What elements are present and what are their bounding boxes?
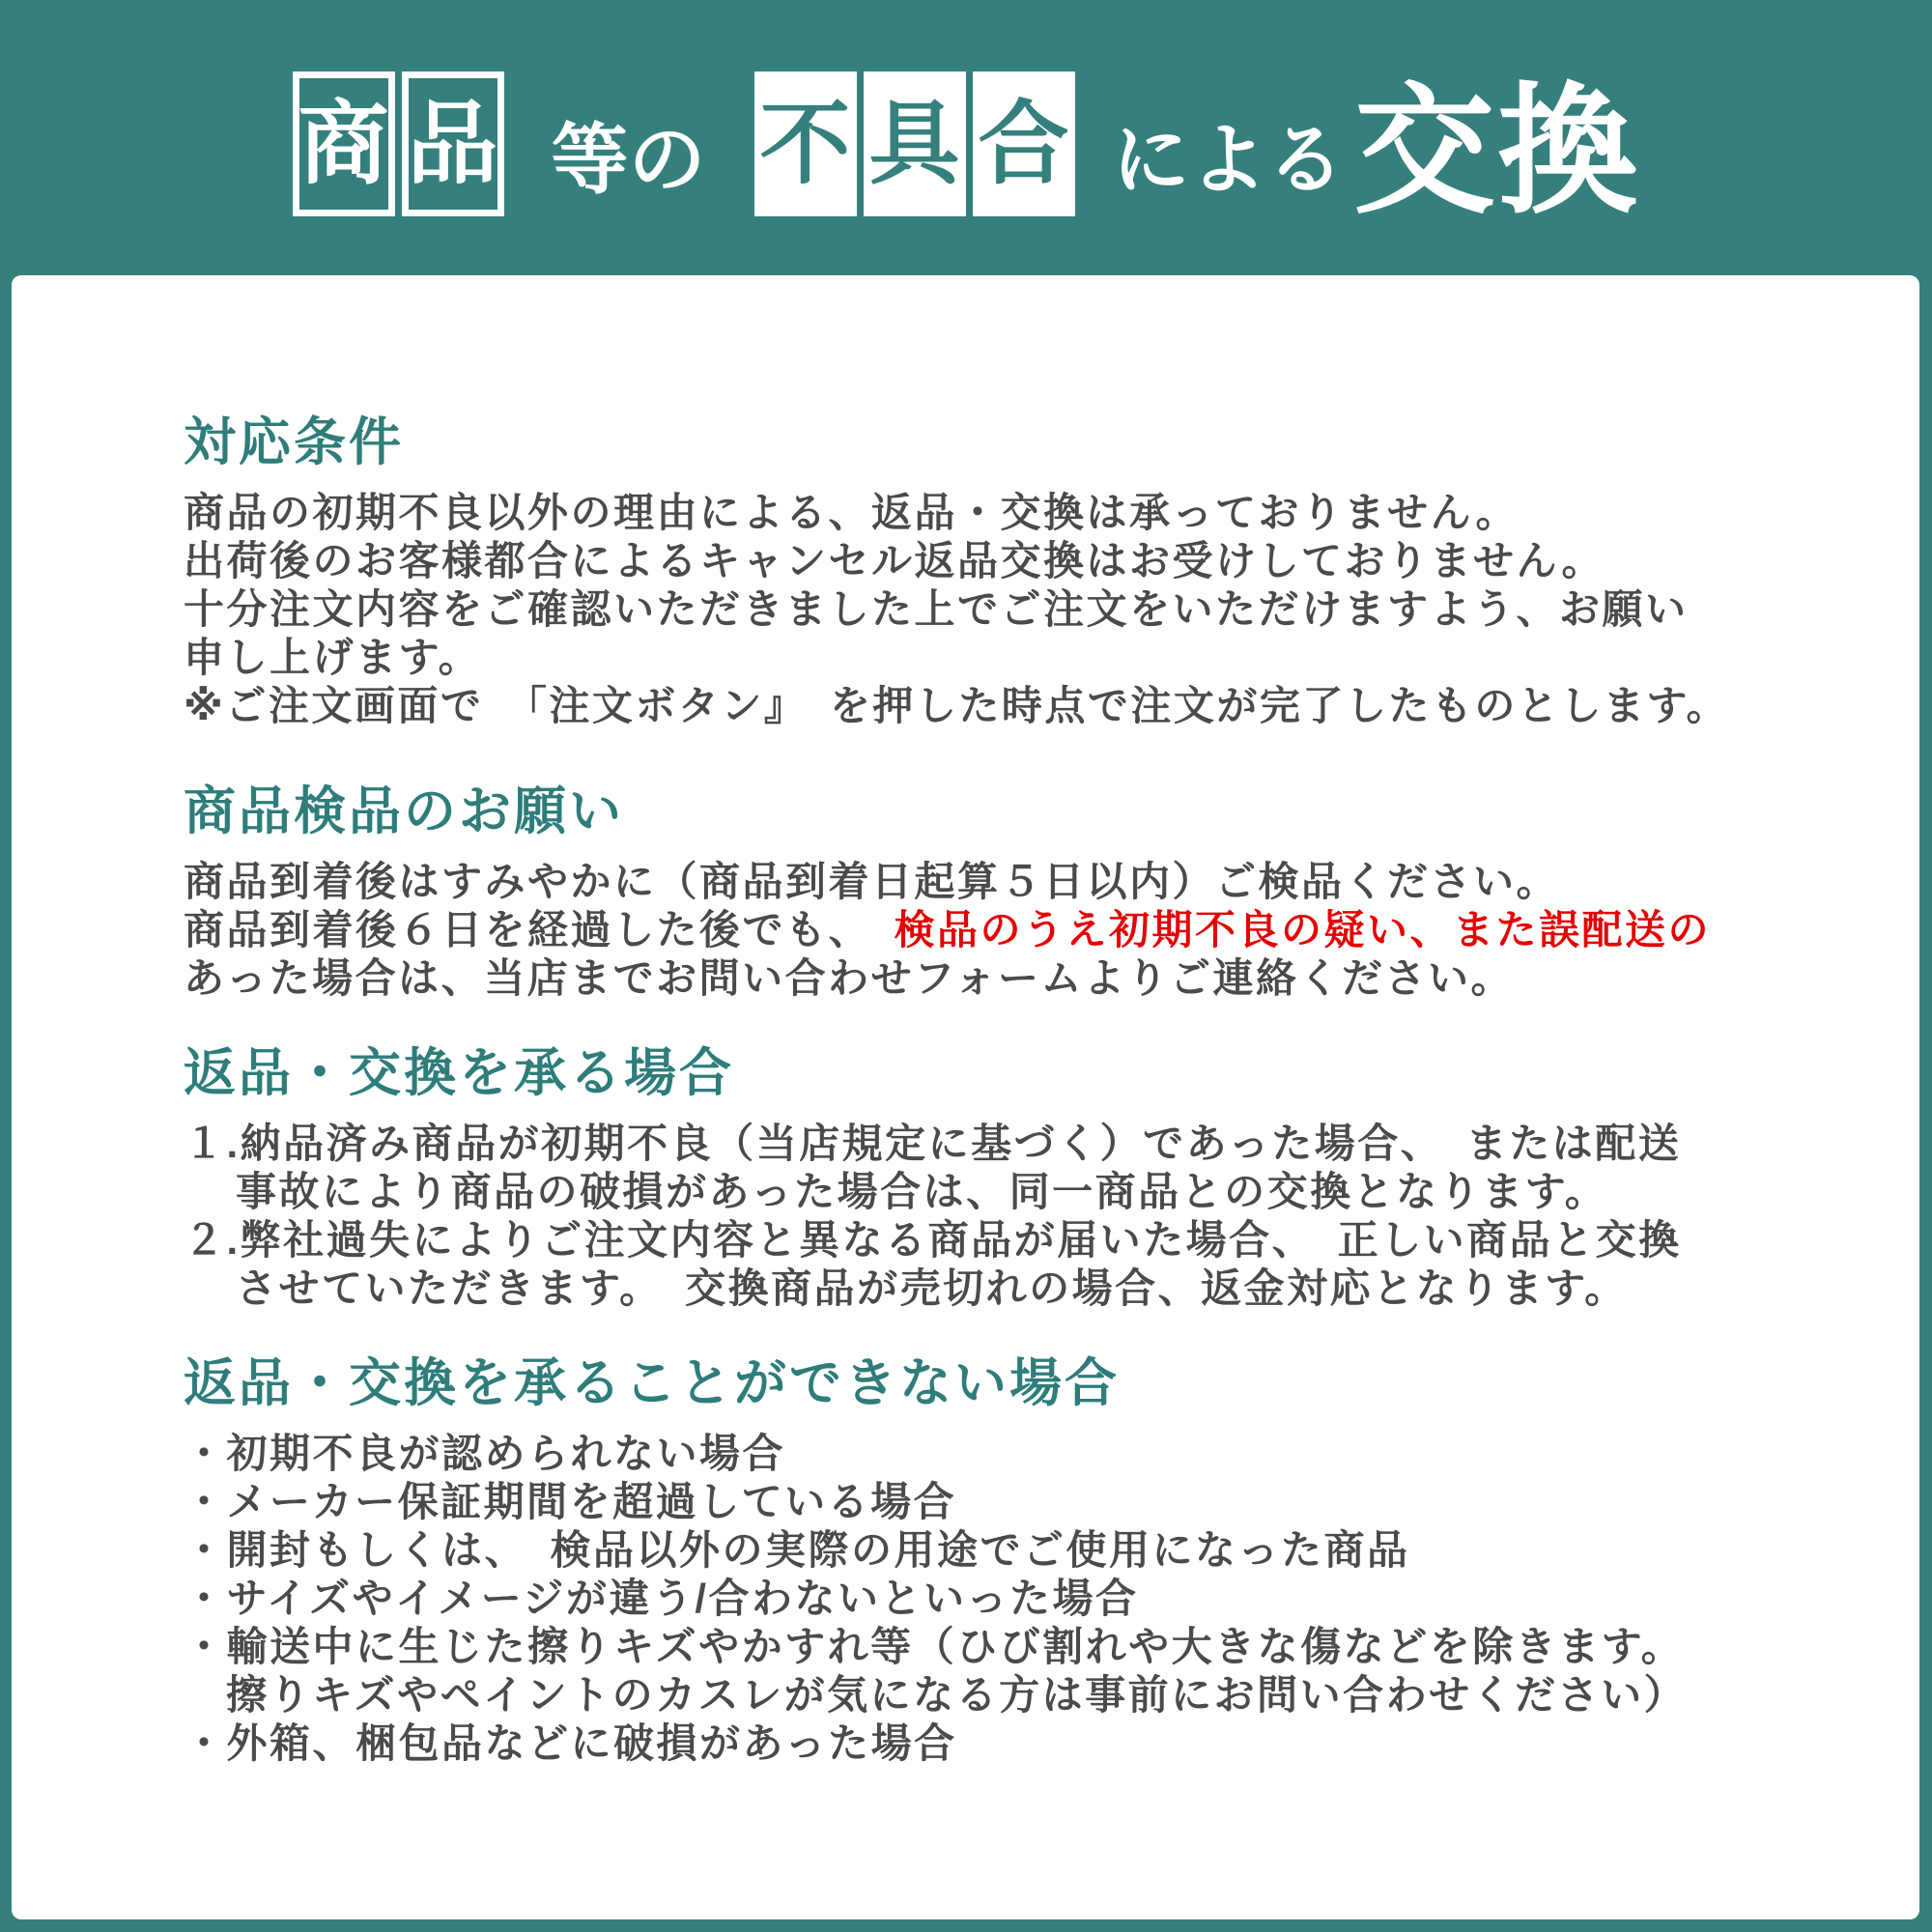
section-exchange-rejected-heading: 返品・交換を承ることができない場合	[184, 1356, 1881, 1410]
rejected-bullet-3: ・開封もしくは、 検品以外の実際の用途でご使用になった商品	[184, 1526, 1881, 1575]
hero-connector-2: による	[1113, 122, 1345, 199]
accepted-item-1-line-1: １.納品済み商品が初期不良（当店規定に基づく）であった場合、 または配送	[184, 1120, 1881, 1168]
rejected-bullet-5-line-2: 擦りキズやペイントのカスレが気になる方は事前にお問い合わせください）	[184, 1671, 1881, 1719]
conditions-body-note: ※ご注文画面で 「注文ボタン』 を押した時点で注文が完了したものとします。	[184, 682, 1881, 730]
content-panel: 対応条件 商品の初期不良以外の理由による、返品・交換は承っておりません。 出荷後…	[12, 275, 1919, 1919]
section-conditions: 対応条件 商品の初期不良以外の理由による、返品・交換は承っておりません。 出荷後…	[184, 415, 1881, 730]
section-exchange-rejected: 返品・交換を承ることができない場合 ・初期不良が認められない場合 ・メーカー保証…	[184, 1356, 1881, 1768]
hero-boxed-char-shou: 商	[293, 71, 395, 216]
accepted-item-2-line-2: させていただきます。 交換商品が売切れの場合、返金対応となります。	[184, 1264, 1881, 1313]
inspection-line-3: あった場合は、当店までお問い合わせフォームよりご連絡ください。	[184, 954, 1881, 1003]
hero-emphasis-koukan: 交換	[1354, 81, 1640, 222]
section-inspection-heading: 商品検品のお願い	[184, 784, 1881, 838]
hero-title: 商 品 等の 不 具 合 による 交換	[293, 54, 1640, 222]
accepted-item-1-line-2: 事故により商品の破損があった場合は、同一商品との交換となります。	[184, 1168, 1881, 1216]
section-exchange-accepted-heading: 返品・交換を承る場合	[184, 1046, 1881, 1100]
section-exchange-accepted: 返品・交換を承る場合 １.納品済み商品が初期不良（当店規定に基づく）であった場合…	[184, 1046, 1881, 1313]
rejected-bullet-4: ・サイズやイメージが違う/合わないといった場合	[184, 1575, 1881, 1623]
rejected-bullet-5-line-1: ・輸送中に生じた擦りキズやかすれ等（ひび割れや大きな傷などを除きます。	[184, 1623, 1881, 1671]
accepted-item-2-line-1: ２.弊社過失によりご注文内容と異なる商品が届いた場合、 正しい商品と交換	[184, 1216, 1881, 1264]
rejected-bullet-6: ・外箱、梱包品などに破損があった場合	[184, 1719, 1881, 1768]
hero-boxed-char-ai: 合	[973, 71, 1075, 216]
inspection-line-1: 商品到着後はすみやかに（商品到着日起算５日以内）ご検品ください。	[184, 858, 1881, 906]
hero-boxed-char-hin: 品	[402, 71, 504, 216]
inspection-line-2-black: 商品到着後６日を経過した後でも、	[184, 907, 895, 952]
conditions-body-line-1: 十分注文内容をご確認いただきました上でご注文をいただけますよう、お願い	[184, 585, 1881, 634]
conditions-alert-line-2: 出荷後のお客様都合によるキャンセル返品交換はお受けしておりません。	[184, 537, 1881, 585]
hero-boxed-char-fu: 不	[754, 71, 857, 216]
rejected-bullet-1: ・初期不良が認められない場合	[184, 1430, 1881, 1478]
section-inspection: 商品検品のお願い 商品到着後はすみやかに（商品到着日起算５日以内）ご検品ください…	[184, 784, 1881, 1003]
section-conditions-heading: 対応条件	[184, 415, 1881, 469]
conditions-alert-line-1: 商品の初期不良以外の理由による、返品・交換は承っておりません。	[184, 489, 1881, 537]
rejected-bullet-2: ・メーカー保証期間を超過している場合	[184, 1478, 1881, 1526]
conditions-body-line-2: 申し上げます。	[184, 634, 1881, 682]
hero-boxed-char-gu: 具	[864, 71, 966, 216]
inspection-line-2: 商品到着後６日を経過した後でも、 検品のうえ初期不良の疑い、また誤配送の	[184, 906, 1881, 954]
hero-banner: 商 品 等の 不 具 合 による 交換	[0, 0, 1932, 275]
hero-connector-1: 等の	[552, 122, 706, 199]
inspection-line-2-red: 検品のうえ初期不良の疑い、また誤配送の	[895, 907, 1712, 952]
policy-infographic: 商 品 等の 不 具 合 による 交換 対応条件 商品の初期不良以外の理由による…	[0, 0, 1932, 1932]
